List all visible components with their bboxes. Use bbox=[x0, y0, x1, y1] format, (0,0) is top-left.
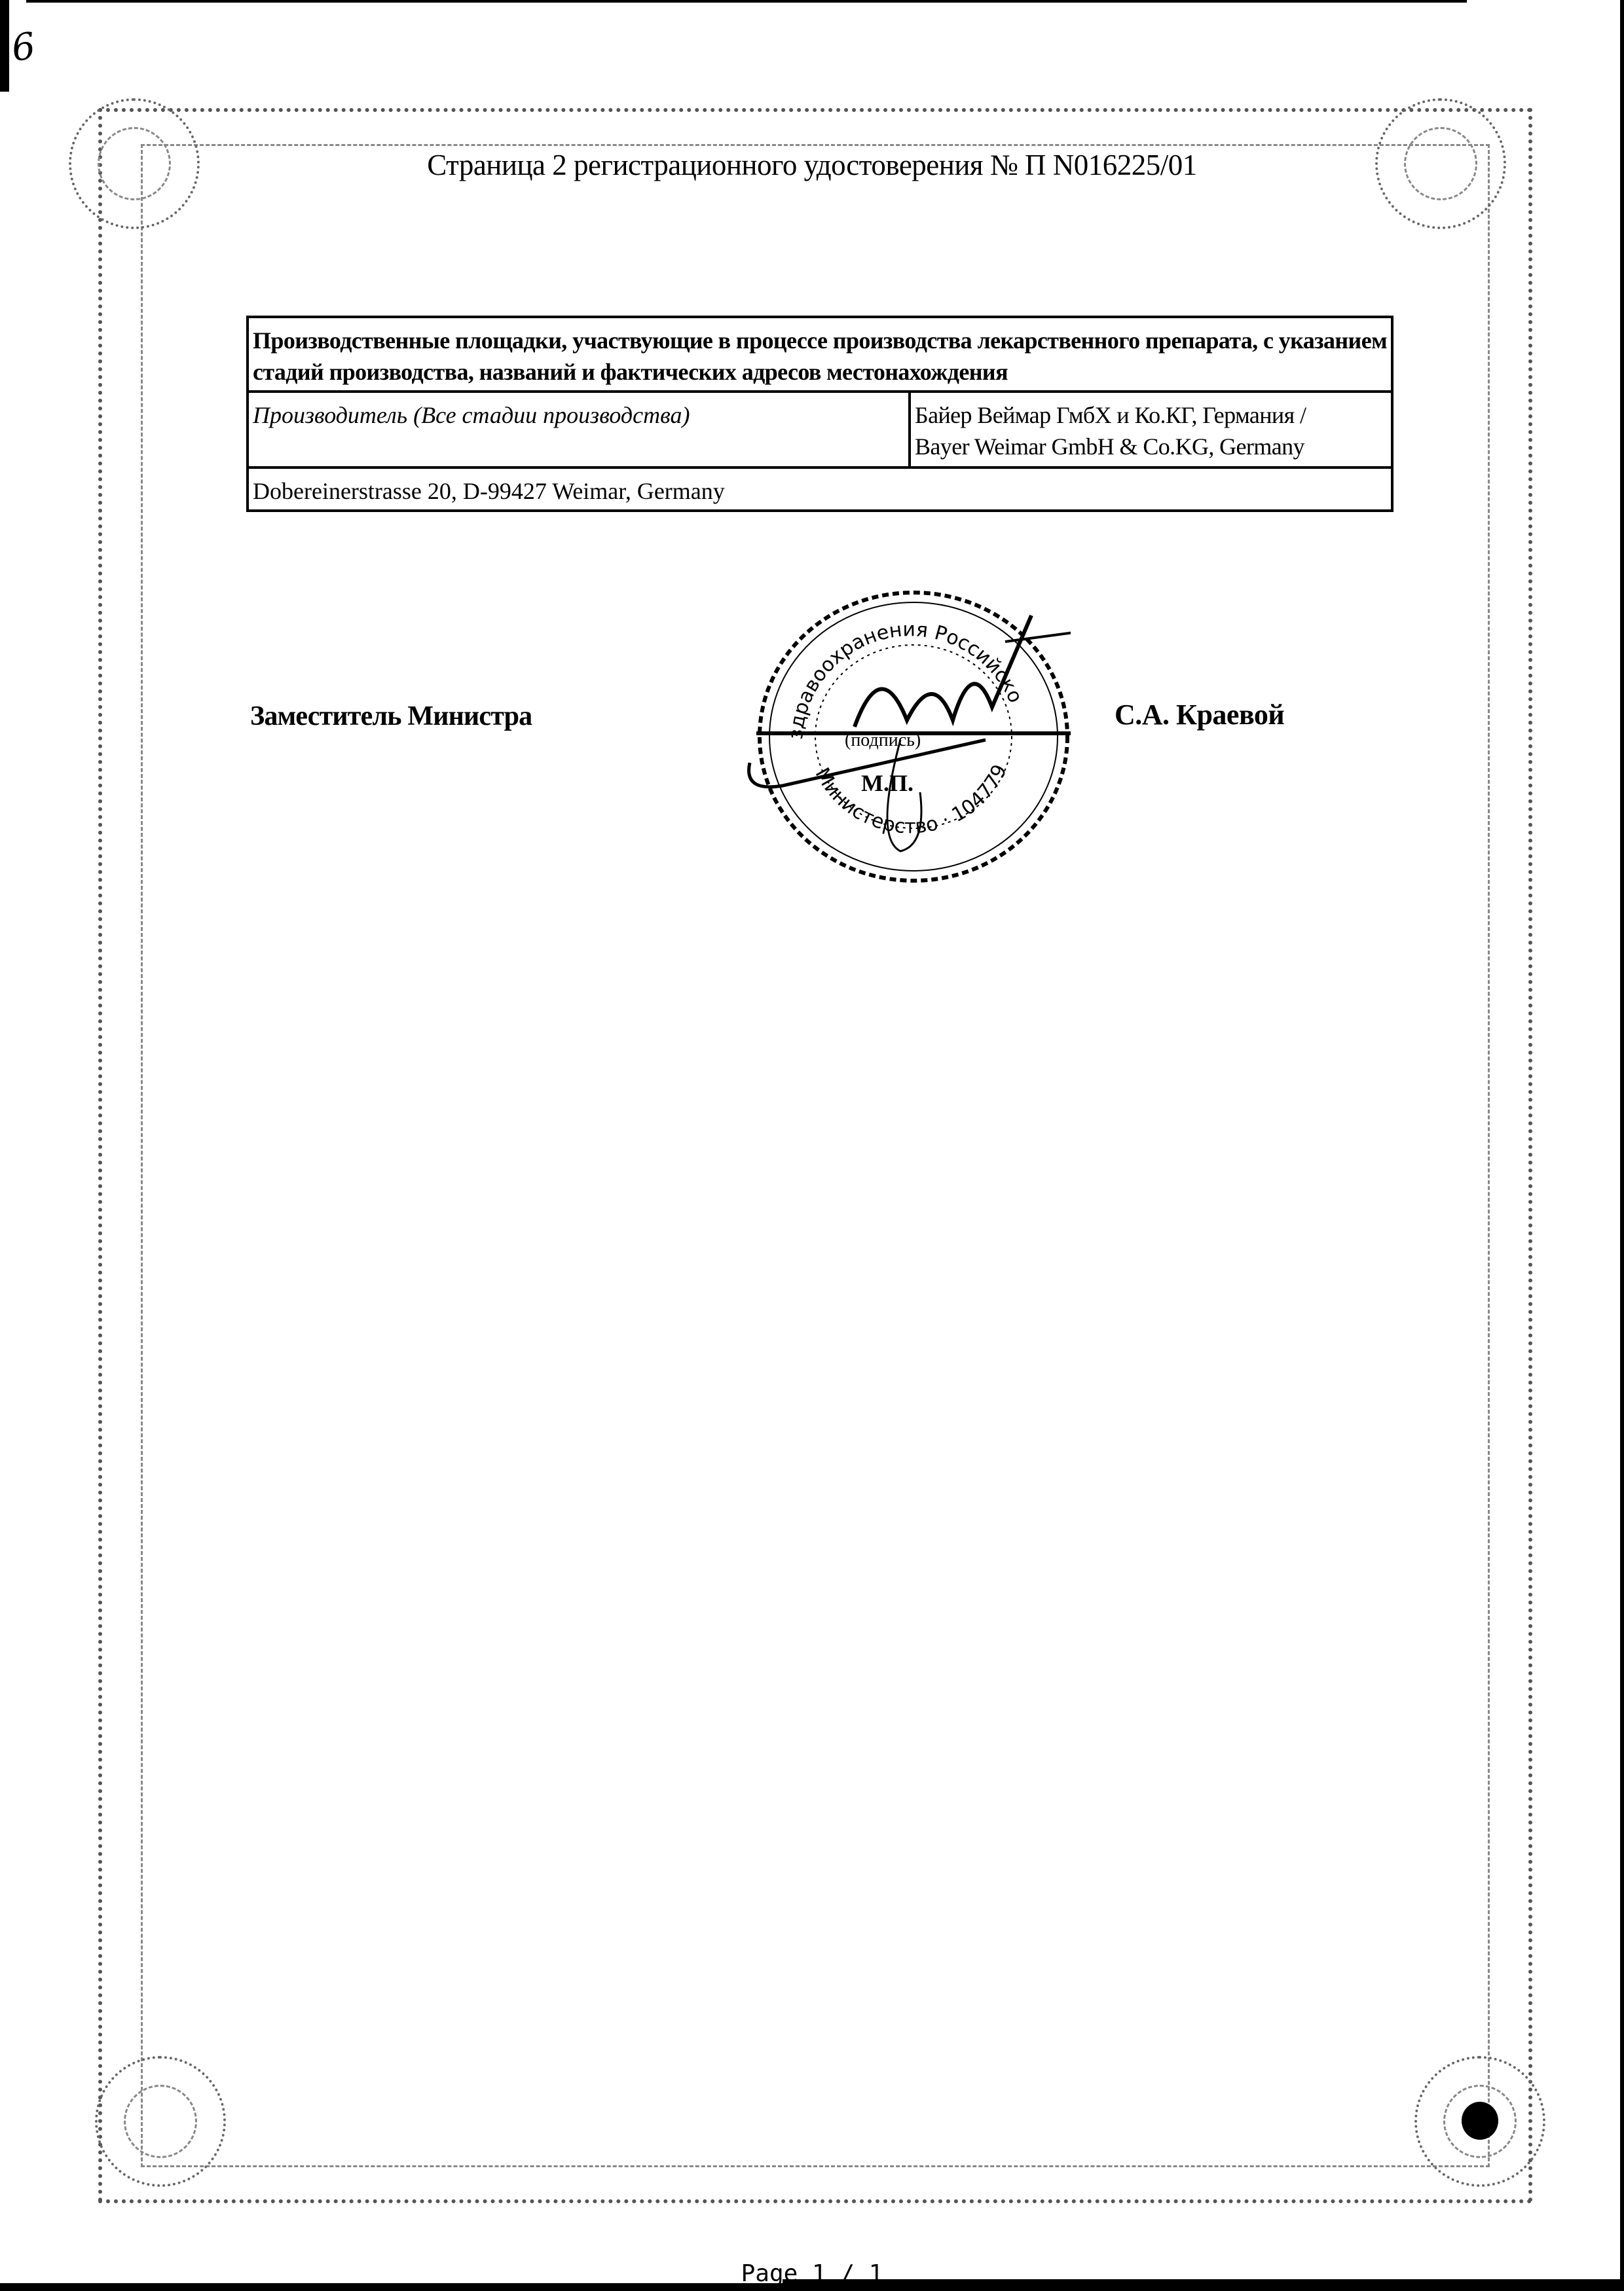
company-name-en: Bayer Weimar GmbH & Co.KG, Germany bbox=[915, 431, 1387, 462]
table-row-address: Dobereinerstrasse 20, D-99427 Weimar, Ge… bbox=[248, 467, 1392, 511]
producer-role: Производитель (Все стадии производства) bbox=[248, 392, 910, 467]
page-header: Страница 2 регистрационного удостоверени… bbox=[0, 148, 1624, 182]
scan-edge-top bbox=[26, 0, 1467, 3]
table-row: Производитель (Все стадии производства) … bbox=[248, 392, 1392, 467]
signatory-title: Заместитель Министра bbox=[250, 701, 532, 732]
table-title: Производственные площадки, участвующие в… bbox=[248, 317, 1392, 392]
scan-edge-left bbox=[0, 0, 9, 92]
rosette-ornament-bottom-left bbox=[95, 2056, 226, 2187]
table-title-row: Производственные площадки, участвующие в… bbox=[248, 317, 1392, 392]
footer-rule bbox=[783, 2279, 1624, 2283]
production-sites-table: Производственные площадки, участвующие в… bbox=[246, 316, 1393, 512]
svg-text:здравоохранения Российской Фед: здравоохранения Российской Федерации * О… bbox=[743, 576, 1027, 741]
scan-edge-right bbox=[1620, 0, 1624, 2291]
site-address: Dobereinerstrasse 20, D-99427 Weimar, Ge… bbox=[248, 467, 1392, 511]
hologram-dot bbox=[1462, 2102, 1498, 2140]
company-name-ru: Байер Веймар ГмбХ и Ко.КГ, Германия / bbox=[915, 399, 1387, 431]
stamp-label-seal-place: М.П. bbox=[861, 769, 913, 797]
stamp-label-signature: (подпись) bbox=[845, 730, 921, 751]
svg-text:Министерство · 1047796: Министерство · 1047796 bbox=[743, 576, 1012, 838]
producer-company: Байер Веймар ГмбХ и Ко.КГ, Германия / Ba… bbox=[910, 392, 1392, 467]
signatory-name: С.А. Краевой bbox=[1115, 698, 1284, 731]
handwritten-page-number: 6 bbox=[9, 25, 38, 70]
